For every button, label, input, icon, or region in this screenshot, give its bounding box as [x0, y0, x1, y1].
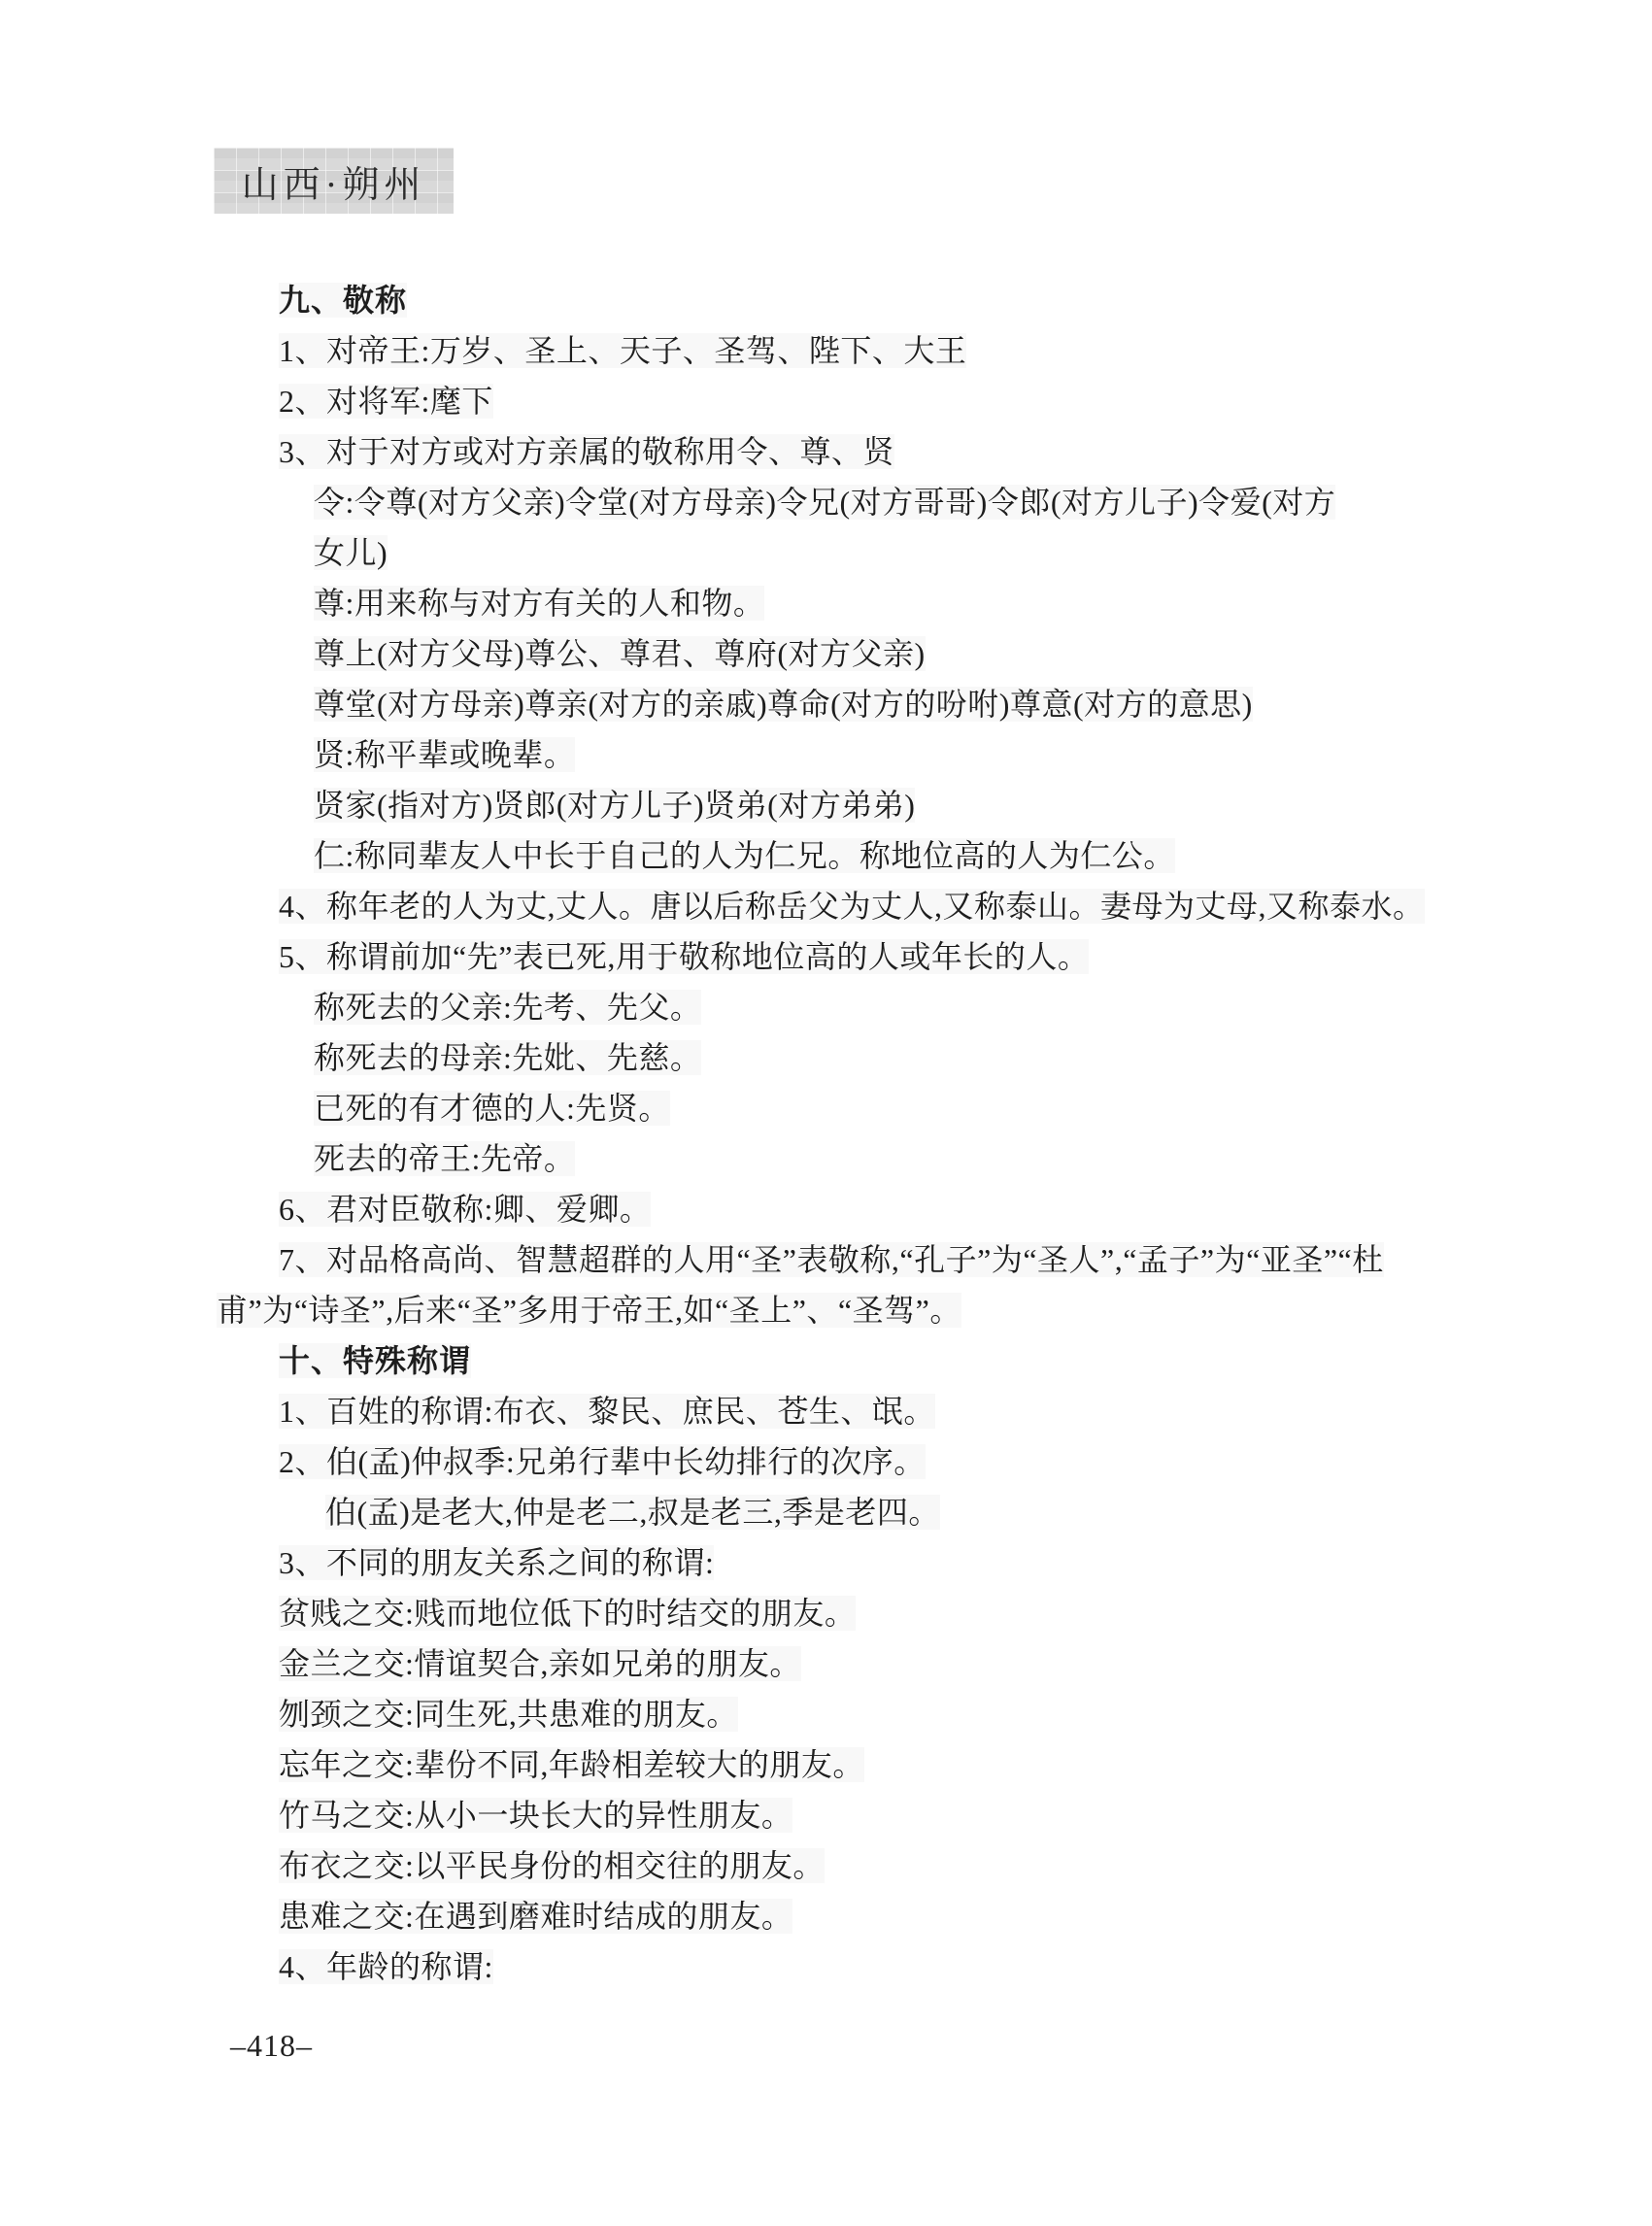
- text-line: 贫贱之交:贱而地位低下的时结交的朋友。: [217, 1588, 1523, 1638]
- text-line: 死去的帝王:先帝。: [217, 1133, 1523, 1184]
- text-line: 3、对于对方或对方亲属的敬称用令、尊、贤: [217, 426, 1523, 477]
- text-line: 7、对品格高尚、智慧超群的人用“圣”表敬称,“孔子”为“圣人”,“孟子”为“亚圣…: [217, 1234, 1523, 1285]
- text-line: 5、称谓前加“先”表已死,用于敬称地位高的人或年长的人。: [217, 931, 1523, 982]
- text-line: 4、年龄的称谓:: [217, 1941, 1523, 1992]
- text-line: 贤:称平辈或晚辈。: [217, 729, 1523, 780]
- page-number: –418–: [230, 2028, 313, 2064]
- text-line: 伯(孟)是老大,仲是老二,叔是老三,季是老四。: [217, 1487, 1523, 1537]
- text-line: 十、特殊称谓: [217, 1335, 1523, 1386]
- text-line: 布衣之交:以平民身份的相交往的朋友。: [217, 1840, 1523, 1891]
- text-line: 2、对将军:麾下: [217, 376, 1523, 426]
- text-line: 贤家(指对方)贤郎(对方儿子)贤弟(对方弟弟): [217, 780, 1523, 830]
- text-line: 已死的有才德的人:先贤。: [217, 1083, 1523, 1133]
- page-body-text: 九、敬称1、对帝王:万岁、圣上、天子、圣驾、陛下、大王2、对将军:麾下3、对于对…: [217, 275, 1523, 1992]
- text-line: 1、对帝王:万岁、圣上、天子、圣驾、陛下、大王: [217, 325, 1523, 376]
- text-line: 九、敬称: [217, 275, 1523, 325]
- text-line: 患难之交:在遇到磨难时结成的朋友。: [217, 1891, 1523, 1941]
- text-line: 女儿): [217, 527, 1523, 578]
- text-line: 仁:称同辈友人中长于自己的人为仁兄。称地位高的人为仁公。: [217, 830, 1523, 881]
- text-line: 称死去的父亲:先考、先父。: [217, 982, 1523, 1032]
- text-line: 尊堂(对方母亲)尊亲(对方的亲戚)尊命(对方的吩咐)尊意(对方的意思): [217, 679, 1523, 729]
- text-line: 刎颈之交:同生死,共患难的朋友。: [217, 1689, 1523, 1739]
- text-line: 1、百姓的称谓:布衣、黎民、庶民、苍生、氓。: [217, 1386, 1523, 1436]
- text-line: 尊:用来称与对方有关的人和物。: [217, 578, 1523, 628]
- text-line: 金兰之交:情谊契合,亲如兄弟的朋友。: [217, 1638, 1523, 1689]
- text-line: 6、君对臣敬称:卿、爱卿。: [217, 1184, 1523, 1234]
- document-page: 山西·朔州 九、敬称1、对帝王:万岁、圣上、天子、圣驾、陛下、大王2、对将军:麾…: [0, 0, 1652, 2226]
- text-line: 甫”为“诗圣”,后来“圣”多用于帝王,如“圣上”、“圣驾”。: [217, 1285, 1523, 1335]
- text-line: 令:令尊(对方父亲)令堂(对方母亲)令兄(对方哥哥)令郎(对方儿子)令爱(对方: [217, 477, 1523, 527]
- text-line: 4、称年老的人为丈,丈人。唐以后称岳父为丈人,又称泰山。妻母为丈母,又称泰水。: [217, 881, 1523, 931]
- text-line: 2、伯(孟)仲叔季:兄弟行辈中长幼排行的次序。: [217, 1436, 1523, 1487]
- text-line: 3、不同的朋友关系之间的称谓:: [217, 1537, 1523, 1588]
- text-line: 称死去的母亲:先妣、先慈。: [217, 1032, 1523, 1083]
- running-header-box: 山西·朔州: [214, 148, 454, 214]
- text-line: 尊上(对方父母)尊公、尊君、尊府(对方父亲): [217, 628, 1523, 679]
- text-line: 竹马之交:从小一块长大的异性朋友。: [217, 1790, 1523, 1840]
- running-header-label: 山西·朔州: [242, 154, 426, 208]
- text-line: 忘年之交:辈份不同,年龄相差较大的朋友。: [217, 1739, 1523, 1790]
